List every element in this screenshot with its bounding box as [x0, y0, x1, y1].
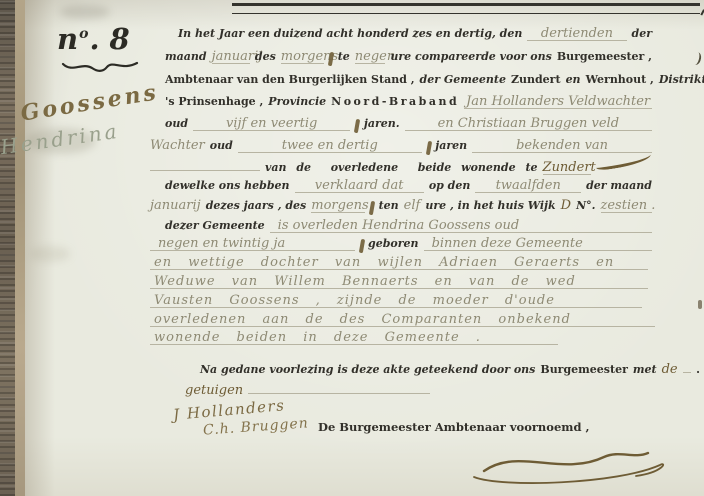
handwritten-text: verklaard dat — [295, 179, 424, 193]
ink-mark — [698, 300, 702, 309]
printed-text: oud — [210, 139, 233, 152]
handwritten-text: getuigen — [185, 384, 243, 397]
printed-text: ure compareerde voor ons — [390, 50, 551, 63]
document-line: Ambtenaar van den Burgerlijken Stand ,de… — [165, 73, 652, 90]
handwritten-text: wonende beiden in deze Gemeente . — [150, 331, 558, 345]
printed-text: Provincie — [268, 95, 326, 108]
act-number: no.8 — [57, 22, 131, 56]
printed-text: dewelke ons hebben — [165, 179, 290, 192]
handwritten-text: twaalfden — [475, 179, 581, 193]
document-line: 's Prinsenhage ,ProvincieNoord-BrabandJa… — [165, 95, 652, 112]
ink-mark — [354, 118, 360, 132]
document-line: Wachteroudtwee en dertigjarenbekenden va… — [150, 139, 652, 156]
ink-mark — [426, 140, 432, 154]
document-line: oudvijf en veertigjaren.en Christiaan Br… — [165, 117, 652, 134]
handwritten-text: binnen deze Gemeente — [424, 237, 652, 251]
form-top-border — [232, 3, 700, 14]
officiant-title-line: De Burgemeester Ambtenaar voornoemd , — [318, 420, 590, 434]
handwritten-text: morgens — [311, 199, 365, 213]
document-line: januarijdezes jaars , desmorgenstenelfur… — [150, 199, 652, 216]
handwritten-text: vijf en veertig — [193, 117, 350, 131]
printed-text: der maand — [586, 179, 652, 192]
printed-text: Noord-Braband — [331, 95, 459, 108]
ruled-blank — [150, 158, 260, 171]
printed-text: Zundert — [511, 73, 561, 86]
handwritten-text: negen en twintig ja — [150, 237, 355, 251]
printed-text: Burgemeester — [540, 363, 627, 376]
handwritten-text: Vausten Goossens , zijnde de moeder d'ou… — [150, 294, 642, 308]
document-line: In het Jaar een duizend acht honderd zes… — [178, 27, 652, 44]
printed-text: Burgemeester , — [557, 50, 652, 63]
printed-text: op den — [429, 179, 471, 192]
handwritten-text: en wettige dochter van wijlen Adriaen Ge… — [150, 256, 648, 270]
document-line: en wettige dochter van wijlen Adriaen Ge… — [150, 256, 648, 273]
document-line: dewelke ons hebbenverklaard datop dentwa… — [165, 179, 652, 196]
printed-text: ten — [379, 199, 399, 212]
document-line: Vausten Goossens , zijnde de moeder d'ou… — [150, 294, 642, 311]
printed-text: jaren — [435, 139, 467, 152]
handwritten-text: en Christiaan Bruggen veld — [405, 117, 652, 131]
ruled-blank — [248, 381, 430, 394]
document-line: dezer Gemeenteis overleden Hendrina Goos… — [165, 219, 652, 236]
printed-text: en — [566, 73, 581, 86]
document-line: maandjanuarijdesmorgenstenegenure compar… — [165, 50, 652, 67]
act-number-superscript: o — [79, 26, 89, 42]
printed-text: des — [255, 50, 276, 63]
printed-text: Ambtenaar van den Burgerlijken Stand , — [165, 73, 415, 86]
handwritten-text: twee en dertig — [238, 139, 422, 153]
ruled-blank — [683, 360, 692, 373]
printed-text: . — [696, 363, 700, 376]
scanned-death-record: no.8 Goossens Hendrina In het Jaar een d… — [0, 0, 704, 496]
printed-text: van de overledene beide wonende te — [265, 161, 538, 174]
handwritten-text: de — [662, 363, 678, 376]
printed-text: jaren. — [364, 117, 400, 130]
document-line: Weduwe van Willem Bennaerts en van de we… — [150, 275, 648, 292]
printed-text: maand — [165, 50, 207, 63]
scan-edge-paper-fold — [15, 0, 25, 496]
ink-mark — [369, 200, 375, 214]
handwritten-text: overledenen aan de des Comparanten onbek… — [150, 313, 655, 327]
ink-mark — [358, 238, 364, 252]
handwritten-text: zestien . — [601, 199, 653, 213]
printed-text: dezes jaars , des — [206, 199, 307, 212]
printed-text: Distrikt — [659, 73, 704, 86]
document-line: Na gedane voorlezing is deze akte geteek… — [200, 360, 700, 377]
printed-text: der Gemeente — [420, 73, 506, 86]
printed-text: In het Jaar een duizend acht honderd zes… — [178, 27, 522, 40]
printed-text: dezer Gemeente — [165, 219, 265, 232]
act-number-separator: . — [89, 22, 100, 56]
printed-text: te — [338, 50, 350, 63]
scan-edge-left — [0, 0, 15, 496]
document-line: van de overledene beide wonende teZunder… — [150, 158, 652, 175]
handwritten-text: is overleden Hendrina Goossens oud — [270, 219, 652, 233]
burgemeester-signature-flourish — [468, 437, 673, 493]
handwritten-text: dertienden — [527, 27, 626, 41]
document-line: getuigen — [185, 381, 430, 398]
handwritten-text: Wachter — [150, 139, 205, 152]
ink-mark — [691, 51, 703, 66]
printed-text: geboren — [368, 237, 419, 250]
printed-text: der — [632, 27, 653, 40]
act-number-prefix: n — [57, 22, 79, 56]
handwritten-text: negen — [355, 50, 386, 64]
printed-text: met — [633, 363, 657, 376]
handwritten-text: bekenden van — [472, 139, 652, 153]
handwritten-text: Weduwe van Willem Bennaerts en van de we… — [150, 275, 648, 289]
printed-text: oud — [165, 117, 188, 130]
document-line: wonende beiden in deze Gemeente . — [150, 331, 558, 348]
paper-stain — [60, 5, 110, 19]
handwritten-text: D — [561, 199, 571, 212]
document-line: negen en twintig jageborenbinnen deze Ge… — [150, 237, 652, 254]
printed-text: Wernhout , — [586, 73, 654, 86]
handwritten-text: Jan Hollanders Veldwachter — [464, 95, 652, 109]
handwritten-text: morgens — [281, 50, 324, 64]
printed-text: 's Prinsenhage , — [165, 95, 263, 108]
paper-stain — [30, 246, 70, 262]
act-number-value: 8 — [110, 22, 131, 56]
handwritten-text: januarij — [150, 199, 201, 212]
printed-text: N°. — [576, 199, 595, 212]
handwritten-text: elf — [404, 199, 421, 212]
printed-text: ure , in het huis Wijk — [425, 199, 555, 212]
handwritten-text: januarij — [212, 50, 250, 64]
printed-text: Na gedane voorlezing is deze akte geteek… — [200, 363, 535, 376]
act-number-flourish — [60, 59, 140, 78]
document-line: overledenen aan de des Comparanten onbek… — [150, 313, 655, 330]
handwritten-text: Zundert — [543, 161, 591, 175]
